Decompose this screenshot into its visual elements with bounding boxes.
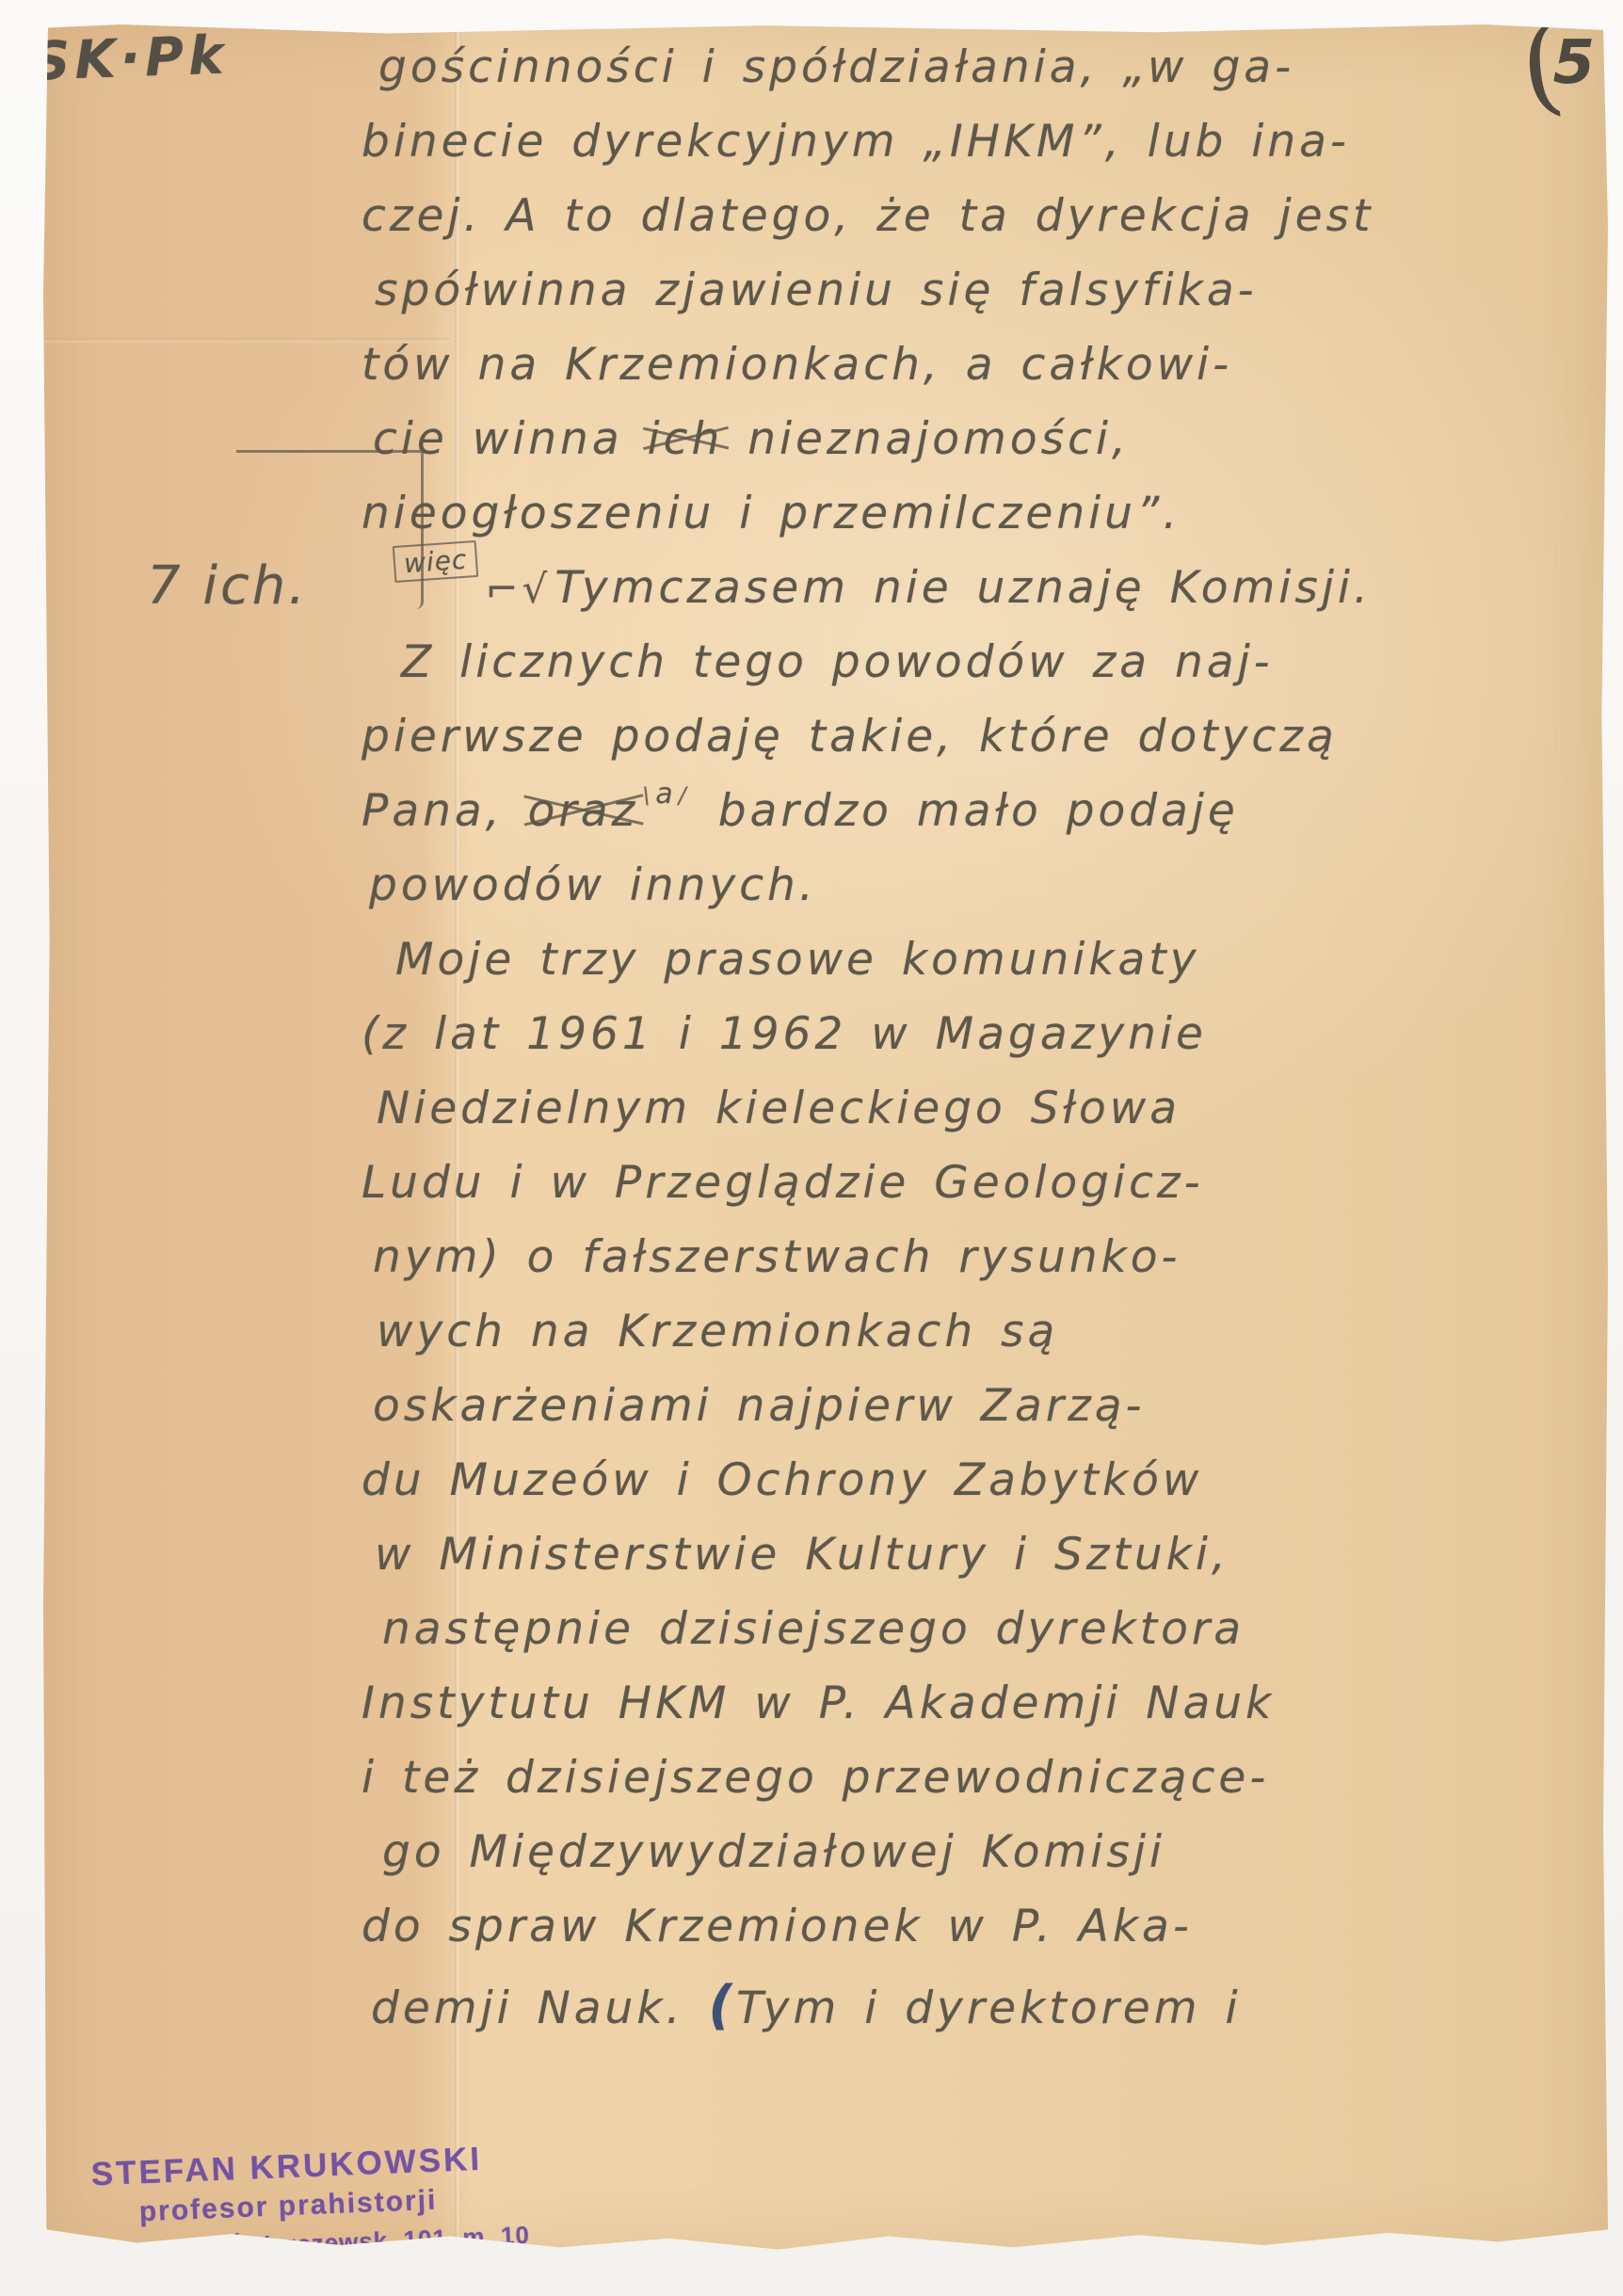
manuscript-segment: Tymczasem nie uznaję Komisji. — [554, 562, 1372, 614]
manuscript-segment-insert_box: więc — [393, 540, 479, 583]
manuscript-line: pierwsze podaję takie, które dotyczą — [362, 711, 1599, 785]
manuscript-segment: powodów innych. — [369, 859, 817, 911]
manuscript-segment: Instytutu HKM w P. Akademji Nauk — [362, 1678, 1275, 1729]
manuscript-line: du Muzeów i Ochrony Zabytków — [362, 1454, 1599, 1529]
manuscript-segment: spółwinna zjawieniu się falsyfika- — [375, 265, 1258, 316]
manuscript-line: Z licznych tego powodów za naj- — [362, 636, 1599, 711]
manuscript-line: więc⌐√Tymczasem nie uznaję Komisji. — [362, 562, 1599, 636]
manuscript-segment: cie winna — [373, 413, 648, 465]
manuscript-line: wych na Krzemionkach są — [362, 1306, 1599, 1380]
manuscript-line: binecie dyrekcyjnym „IHKM”, lub ina- — [362, 116, 1599, 190]
manuscript-segment: pierwsze podaję takie, które dotyczą — [362, 711, 1338, 763]
manuscript-segment: nym) o fałszerstwach rysunko- — [373, 1231, 1181, 1283]
manuscript-segment: demji Nauk. — [371, 1983, 708, 2034]
corner-code: SK·Pk — [31, 24, 229, 92]
manuscript-line: Moje trzy prasowe komunikaty — [362, 934, 1599, 1008]
manuscript-segment: wych na Krzemionkach są — [377, 1306, 1058, 1357]
manuscript-segment: du Muzeów i Ochrony Zabytków — [362, 1454, 1202, 1506]
manuscript-segment: Z licznych tego powodów za naj- — [401, 636, 1274, 688]
manuscript-line: czej. A to dlatego, że ta dyrekcja jest — [362, 190, 1599, 265]
manuscript-segment: Moje trzy prasowe komunikaty — [395, 934, 1200, 986]
manuscript-line: tów na Krzemionkach, a całkowi- — [362, 339, 1599, 413]
manuscript-segment-mark: ⌐√ — [485, 566, 551, 612]
manuscript-line: Instytutu HKM w P. Akademji Nauk — [362, 1678, 1599, 1752]
manuscript-segment: Tym i dyrektorem i — [736, 1983, 1241, 2034]
manuscript-segment: tów na Krzemionkach, a całkowi- — [362, 339, 1232, 391]
manuscript-segment: i też dzisiejszego przewodniczące- — [362, 1752, 1269, 1804]
margin-note-text: 7 ich. — [147, 555, 308, 617]
manuscript-line: Pana, oraza bardzo mało podaję — [362, 785, 1599, 859]
manuscript-line: demji Nauk. (Tym i dyrektorem i — [362, 1975, 1599, 2049]
manuscript-segment: (z lat 1961 i 1962 w Magazynie — [362, 1008, 1207, 1060]
manuscript-segment-strike: oraz — [528, 785, 639, 837]
manuscript-segment: Pana, — [362, 785, 528, 837]
manuscript-segment: nieogłoszeniu i przemilczeniu”. — [362, 488, 1181, 539]
manuscript-segment: do spraw Krzemionek w P. Aka- — [362, 1901, 1193, 1952]
manuscript-line: gościnności i spółdziałania, „w ga- — [362, 41, 1599, 116]
manuscript-segment: go Międzywydziałowej Komisji — [382, 1826, 1165, 1878]
manuscript-line: i też dzisiejszego przewodniczące- — [362, 1752, 1599, 1826]
manuscript-segment: binecie dyrekcyjnym „IHKM”, lub ina- — [362, 116, 1350, 168]
manuscript-segment: następnie dzisiejszego dyrektora — [382, 1603, 1245, 1655]
manuscript-line: powodów innych. — [362, 859, 1599, 934]
paper-sheet: SK·Pk (5 7 ich. gościnności i spółdziała… — [43, 24, 1608, 2252]
manuscript-line: nieogłoszeniu i przemilczeniu”. — [362, 488, 1599, 562]
manuscript-segment-strike: ich — [648, 413, 724, 465]
manuscript-line: Ludu i w Przeglądzie Geologicz- — [362, 1157, 1599, 1231]
manuscript-segment: gościnności i spółdziałania, „w ga- — [378, 41, 1294, 93]
manuscript-line: (z lat 1961 i 1962 w Magazynie — [362, 1008, 1599, 1083]
manuscript-segment: nieznajomości, — [723, 413, 1130, 465]
manuscript-segment: Niedzielnym kieleckiego Słowa — [377, 1083, 1181, 1134]
manuscript-line: oskarżeniami najpierw Zarzą- — [362, 1380, 1599, 1454]
manuscript-line: go Międzywydziałowej Komisji — [362, 1826, 1599, 1901]
manuscript-segment: w Ministerstwie Kultury i Sztuki, — [375, 1529, 1229, 1581]
manuscript-line: do spraw Krzemionek w P. Aka- — [362, 1901, 1599, 1975]
address-stamp: STEFAN KRUKOWSKI profesor prahistorji Wa… — [32, 2138, 544, 2270]
manuscript-segment: Ludu i w Przeglądzie Geologicz- — [362, 1157, 1204, 1209]
manuscript-segment-ink: ( — [708, 1975, 736, 2036]
manuscript-segment: oskarżeniami najpierw Zarzą- — [373, 1380, 1146, 1432]
manuscript-lines: gościnności i spółdziałania, „w ga-binec… — [362, 41, 1599, 2049]
manuscript-line: Niedzielnym kieleckiego Słowa — [362, 1083, 1599, 1157]
manuscript-line: nym) o fałszerstwach rysunko- — [362, 1231, 1599, 1306]
manuscript-line: w Ministerstwie Kultury i Sztuki, — [362, 1529, 1599, 1603]
manuscript-segment: czej. A to dlatego, że ta dyrekcja jest — [362, 190, 1374, 242]
manuscript-line: spółwinna zjawieniu się falsyfika- — [362, 265, 1599, 339]
manuscript-segment: bardzo mało podaję — [694, 785, 1239, 837]
manuscript-line: następnie dzisiejszego dyrektora — [362, 1603, 1599, 1678]
manuscript-line: cie winna ich nieznajomości, — [362, 413, 1599, 488]
scan-background: SK·Pk (5 7 ich. gościnności i spółdziała… — [0, 0, 1623, 2296]
manuscript-segment-insert: a — [642, 778, 690, 811]
